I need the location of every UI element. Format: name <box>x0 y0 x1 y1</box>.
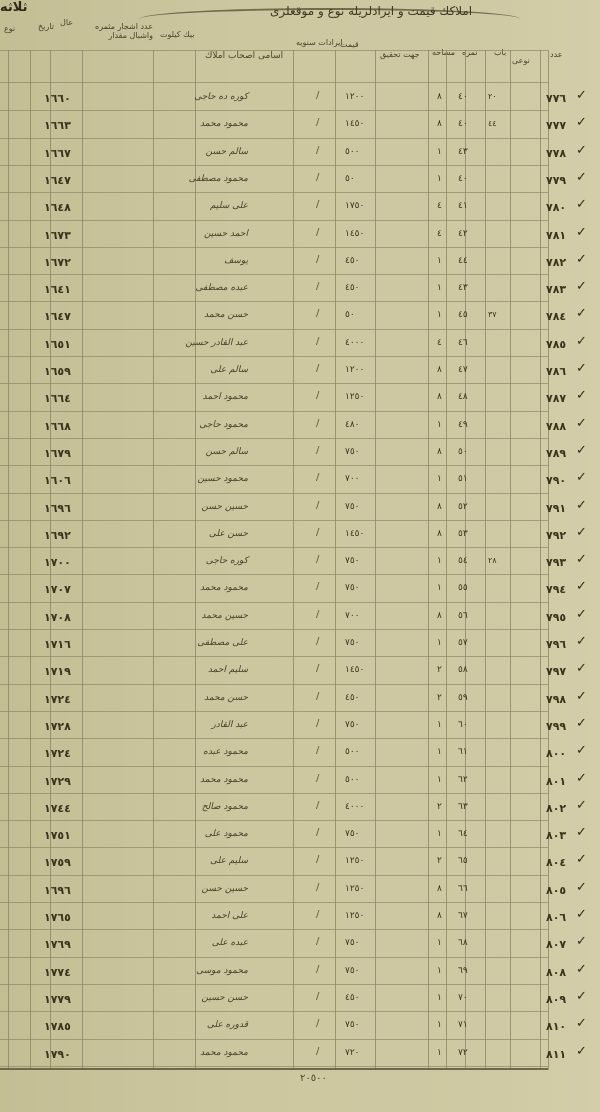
left-number: ١٧٦٩ <box>44 938 71 951</box>
row-number: ٧٩٠ <box>546 474 566 487</box>
table-row: ١٧٧٩حسن حسين٤٥٠١٧٠٨٠٩/✓ <box>0 985 600 1011</box>
amount-value: ٥٠٠ <box>345 775 360 785</box>
header-col-kind: نوعى <box>512 56 530 65</box>
table-row: ١٦٧٩سالم حسن٧٥٠٨٥٠٧٨٩/✓ <box>0 439 600 465</box>
row-number: ٧٨٣ <box>546 283 566 296</box>
amount-value: ٤٠٠٠ <box>345 802 364 812</box>
area-value: ١ <box>437 747 442 757</box>
left-number: ١٧٠٧ <box>44 583 71 596</box>
area-value: ١ <box>437 938 442 948</box>
owner-name: محمود صالح <box>202 802 248 812</box>
check-mark-icon: ✓ <box>576 934 587 949</box>
amount-value: ٤٥٠ <box>345 283 360 293</box>
parcel-number: ٥٨ <box>458 665 468 675</box>
tick-mark-icon: / <box>316 254 319 265</box>
grid-line <box>0 82 548 83</box>
left-number: ١٧٢٤ <box>44 693 71 706</box>
parcel-number: ٥٥ <box>458 583 468 593</box>
row-number: ٧٩١ <box>546 502 566 515</box>
table-row: ١٦٦٠کوره ده حاجى١٢٠٠٨٤٠٢٠٧٧٦/✓ <box>0 84 600 110</box>
check-mark-icon: ✓ <box>576 334 587 349</box>
owner-name: عبد القادر <box>211 720 248 730</box>
table-row: ١٦٤٨على سليم١٧٥٠٤٤١٧٨٠/✓ <box>0 193 600 219</box>
header-col-owners: اسامى اصحاب املاك <box>205 52 283 61</box>
area-value: ١ <box>437 420 442 430</box>
table-row: ١٧٥١محمود على٧٥٠١٦٤٨٠٣/✓ <box>0 821 600 847</box>
left-number: ١٦٦٤ <box>44 392 71 405</box>
row-number: ٧٩٥ <box>546 611 566 624</box>
left-number: ١٧٥١ <box>44 829 71 842</box>
tick-mark-icon: / <box>316 527 319 538</box>
check-mark-icon: ✓ <box>576 361 587 376</box>
area-value: ٨ <box>437 502 442 512</box>
tick-mark-icon: / <box>316 145 319 156</box>
area-value: ٨ <box>437 119 442 129</box>
row-number: ٧٨١ <box>546 229 566 242</box>
table-row: ١٧٦٩عبده على٧٥٠١٦٨٨٠٧/✓ <box>0 930 600 956</box>
table-row: ١٧٢٨عبد القادر٧٥٠١٦٠٧٩٩/✓ <box>0 712 600 738</box>
parcel-number: ٥٤ <box>458 556 468 566</box>
check-mark-icon: ✓ <box>576 798 587 813</box>
left-number: ١٦٦٨ <box>44 420 71 433</box>
row-number: ٧٨٧ <box>546 392 566 405</box>
row-number: ٧٩٣ <box>546 556 566 569</box>
header-col-count: عدد <box>550 50 563 59</box>
amount-value: ٥٠ <box>345 174 355 184</box>
area-value: ١ <box>437 283 442 293</box>
owner-name: محمود احمد <box>203 392 248 402</box>
bottom-rule <box>0 1068 548 1070</box>
parcel-number: ٤٨ <box>458 392 468 402</box>
amount-value: ١٤٥٠ <box>345 119 364 129</box>
check-mark-icon: ✓ <box>576 1016 587 1031</box>
check-mark-icon: ✓ <box>576 279 587 294</box>
amount-value: ٧٥٠ <box>345 583 360 593</box>
table-row: ١٦٦٨محمود حاجى٤٨٠١٤٩٧٨٨/✓ <box>0 412 600 438</box>
row-number: ٧٧٦ <box>546 92 566 105</box>
amount-value: ٧٠٠ <box>345 611 360 621</box>
left-number: ١٦٩٢ <box>44 529 71 542</box>
left-number: ١٦٦٧ <box>44 147 71 160</box>
table-row: ١٦٩٢حسن على١٤٥٠٨٥٣٧٩٢/✓ <box>0 521 600 547</box>
left-number: ١٦٩٦ <box>44 502 71 515</box>
note-value: ٢٠ <box>488 92 497 101</box>
row-number: ٧٨٨ <box>546 420 566 433</box>
table-row: ١٦٩٦حسين حسن١٢٥٠٨٦٦٨٠٥/✓ <box>0 876 600 902</box>
owner-name: محمود محمد <box>200 1048 248 1058</box>
parcel-number: ٤٦ <box>458 338 468 348</box>
amount-value: ٧٥٠ <box>345 447 360 457</box>
owner-name: محمود على <box>205 829 248 839</box>
area-value: ٨ <box>437 447 442 457</box>
parcel-number: ٥٠ <box>458 447 468 457</box>
owner-name: محمود محمد <box>200 775 248 785</box>
area-value: ٤ <box>437 201 442 211</box>
area-value: ١ <box>437 993 442 1003</box>
row-number: ٨٠٣ <box>546 829 566 842</box>
row-number: ٨١١ <box>546 1048 566 1061</box>
header-col-date: تاريخ <box>38 22 54 31</box>
table-row: ١٦٧٢يوسف٤٥٠١٤٤٧٨٢/✓ <box>0 248 600 274</box>
table-row: ١٦٩٦حسين حسن٧٥٠٨٥٢٧٩١/✓ <box>0 494 600 520</box>
header-col-kilot: بيك كيلوت <box>160 30 194 39</box>
left-number: ١٧٢٤ <box>44 747 71 760</box>
table-row: ١٦٤١عبده مصطفى٤٥٠١٤٣٧٨٣/✓ <box>0 275 600 301</box>
check-mark-icon: ✓ <box>576 552 587 567</box>
header-col-value: قيمت <box>340 40 359 49</box>
header-col-type: نوع <box>4 24 15 33</box>
amount-value: ١٤٥٠ <box>345 529 364 539</box>
left-number: ١٦٦٠ <box>44 92 71 105</box>
amount-value: ٧٠٠ <box>345 474 360 484</box>
table-row: ١٦٥١عبد القادر حسين٤٠٠٠٤٤٦٧٨٥/✓ <box>0 330 600 356</box>
area-value: ١ <box>437 638 442 648</box>
tick-mark-icon: / <box>316 854 319 865</box>
parcel-number: ٦١ <box>458 747 468 757</box>
parcel-number: ٦٦ <box>458 884 468 894</box>
amount-value: ١٢٥٠ <box>345 392 364 402</box>
tick-mark-icon: / <box>316 472 319 483</box>
tick-mark-icon: / <box>316 199 319 210</box>
area-value: ١ <box>437 310 442 320</box>
row-number: ٨٠٧ <box>546 938 566 951</box>
left-number: ١٧٠٠ <box>44 556 71 569</box>
tick-mark-icon: / <box>316 827 319 838</box>
owner-name: يوسف <box>224 256 248 266</box>
row-number: ٨٠٨ <box>546 966 566 979</box>
row-number: ٨٠٥ <box>546 884 566 897</box>
amount-value: ١٢٥٠ <box>345 911 364 921</box>
tick-mark-icon: / <box>316 117 319 128</box>
check-mark-icon: ✓ <box>576 825 587 840</box>
amount-value: ١٤٥٠ <box>345 229 364 239</box>
owner-name: على احمد <box>211 911 248 921</box>
parcel-number: ٤٣ <box>458 147 468 157</box>
left-number: ١٦٩٦ <box>44 884 71 897</box>
area-value: ١ <box>437 256 442 266</box>
owner-name: قدوره على <box>207 1020 248 1030</box>
parcel-number: ٤٠ <box>458 174 468 184</box>
left-number: ١٦٠٦ <box>44 474 71 487</box>
parcel-number: ٦٠ <box>458 720 468 730</box>
parcel-number: ٦٢ <box>458 775 468 785</box>
amount-value: ٧٥٠ <box>345 502 360 512</box>
row-number: ٨٠٦ <box>546 911 566 924</box>
tick-mark-icon: / <box>316 636 319 647</box>
tick-mark-icon: / <box>316 418 319 429</box>
area-value: ١ <box>437 474 442 484</box>
left-number: ١٦٤٨ <box>44 201 71 214</box>
note-value: ٢٨ <box>488 556 497 565</box>
owner-name: حسن حسين <box>202 993 248 1003</box>
area-value: ٨ <box>437 611 442 621</box>
owner-name: عبد القادر حسين <box>185 338 248 348</box>
check-mark-icon: ✓ <box>576 525 587 540</box>
row-number: ٧٨٤ <box>546 310 566 323</box>
amount-value: ١٧٥٠ <box>345 201 364 211</box>
area-value: ٨ <box>437 92 442 102</box>
ledger-page: ثلاثه املاکك قيمت و ايرادلريله نوع و موق… <box>0 0 600 1112</box>
tick-mark-icon: / <box>316 1018 319 1029</box>
owner-name: محمود موسى <box>196 966 248 976</box>
left-number: ١٧٥٩ <box>44 856 71 869</box>
check-mark-icon: ✓ <box>576 115 587 130</box>
amount-value: ٧٥٠ <box>345 1020 360 1030</box>
header-col-aal: عال <box>60 18 73 27</box>
row-number: ٧٨٠ <box>546 201 566 214</box>
row-number: ٨٠١ <box>546 775 566 788</box>
area-value: ٢ <box>437 693 442 703</box>
owner-name: حسين حسن <box>202 502 248 512</box>
left-number: ١٧٤٤ <box>44 802 71 815</box>
parcel-number: ٧٢ <box>458 1048 468 1058</box>
left-number: ١٦٧٣ <box>44 229 71 242</box>
note-value: ٤٤ <box>488 119 497 128</box>
table-row: ١٧٤٤محمود صالح٤٠٠٠٢٦٣٨٠٢/✓ <box>0 794 600 820</box>
parcel-number: ٥٧ <box>458 638 468 648</box>
amount-value: ١٢٥٠ <box>345 884 364 894</box>
owner-name: کوره ده حاجى <box>194 92 248 102</box>
row-number: ٧٨٩ <box>546 447 566 460</box>
owner-name: احمد حسين <box>204 229 248 239</box>
table-row: ١٦٦٧سالم حسن٥٠٠١٤٣٧٧٨/✓ <box>0 139 600 165</box>
table-row: ١٧٢٩محمود محمد٥٠٠١٦٢٨٠١/✓ <box>0 767 600 793</box>
grid-line <box>0 1066 548 1067</box>
row-number: ٧٩٤ <box>546 583 566 596</box>
left-number: ١٧٦٥ <box>44 911 71 924</box>
table-row: ١٧٠٨حسين محمد٧٠٠٨٥٦٧٩٥/✓ <box>0 603 600 629</box>
check-mark-icon: ✓ <box>576 388 587 403</box>
owner-name: حسين محمد <box>201 611 248 621</box>
check-mark-icon: ✓ <box>576 989 587 1004</box>
area-value: ٨ <box>437 392 442 402</box>
area-value: ١ <box>437 583 442 593</box>
parcel-number: ٤٠ <box>458 119 468 129</box>
parcel-number: ٦٧ <box>458 911 468 921</box>
table-row: ١٧٠٠کوره حاجى٧٥٠١٥٤٢٨٧٩٣/✓ <box>0 548 600 574</box>
owner-name: محمود حاجى <box>199 420 248 430</box>
tick-mark-icon: / <box>316 1046 319 1057</box>
check-mark-icon: ✓ <box>576 197 587 212</box>
tick-mark-icon: / <box>316 964 319 975</box>
owner-name: عبده على <box>212 938 248 948</box>
parcel-number: ٤٩ <box>458 420 468 430</box>
left-number: ١٧١٩ <box>44 665 71 678</box>
row-number: ٧٧٧ <box>546 119 566 132</box>
parcel-number: ٤٢ <box>458 229 468 239</box>
check-mark-icon: ✓ <box>576 579 587 594</box>
amount-value: ٤٨٠ <box>345 420 360 430</box>
table-row: ١٧٧٤محمود موسى٧٥٠١٦٩٨٠٨/✓ <box>0 958 600 984</box>
table-row: ١٦٦٤محمود احمد١٢٥٠٨٤٨٧٨٧/✓ <box>0 384 600 410</box>
check-mark-icon: ✓ <box>576 416 587 431</box>
check-mark-icon: ✓ <box>576 607 587 622</box>
parcel-number: ٤٧ <box>458 365 468 375</box>
check-mark-icon: ✓ <box>576 498 587 513</box>
area-value: ١ <box>437 1048 442 1058</box>
table-row: ١٧١٩سليم احمد١٤٥٠٢٥٨٧٩٧/✓ <box>0 657 600 683</box>
parcel-number: ٦٨ <box>458 938 468 948</box>
row-number: ٧٩٢ <box>546 529 566 542</box>
owner-name: على سليم <box>210 201 248 211</box>
row-number: ٧٨٥ <box>546 338 566 351</box>
amount-value: ١٤٥٠ <box>345 665 364 675</box>
left-number: ١٦٥١ <box>44 338 71 351</box>
area-value: ١ <box>437 829 442 839</box>
check-mark-icon: ✓ <box>576 470 587 485</box>
parcel-number: ٤٤ <box>458 256 468 266</box>
row-number: ٧٧٩ <box>546 174 566 187</box>
owner-name: محمود عبده <box>203 747 248 757</box>
row-number: ٧٩٦ <box>546 638 566 651</box>
parcel-number: ٤٠ <box>458 92 468 102</box>
grid-line <box>0 50 548 51</box>
check-mark-icon: ✓ <box>576 962 587 977</box>
owner-name: محمود محمد <box>200 119 248 129</box>
tick-mark-icon: / <box>316 172 319 183</box>
amount-value: ٧٥٠ <box>345 938 360 948</box>
table-row: ١٧٠٧محمود محمد٧٥٠١٥٥٧٩٤/✓ <box>0 575 600 601</box>
left-number: ١٧٢٩ <box>44 775 71 788</box>
owner-name: محمود مصطفى <box>189 174 248 184</box>
row-number: ٧٨٦ <box>546 365 566 378</box>
amount-value: ٤٥٠ <box>345 256 360 266</box>
tick-mark-icon: / <box>316 445 319 456</box>
tick-mark-icon: / <box>316 90 319 101</box>
table-row: ١٧٩٠محمود محمد٧٢٠١٧٢٨١١/✓ <box>0 1040 600 1066</box>
area-value: ٤ <box>437 229 442 239</box>
tick-mark-icon: / <box>316 227 319 238</box>
left-number: ١٦٤١ <box>44 283 71 296</box>
tick-mark-icon: / <box>316 554 319 565</box>
table-row: ١٦٥٩سالم على١٢٠٠٨٤٧٧٨٦/✓ <box>0 357 600 383</box>
row-number: ٨٠٤ <box>546 856 566 869</box>
tick-mark-icon: / <box>316 936 319 947</box>
check-mark-icon: ✓ <box>576 143 587 158</box>
area-value: ٢ <box>437 856 442 866</box>
parcel-number: ٤٥ <box>458 310 468 320</box>
tick-mark-icon: / <box>316 718 319 729</box>
check-mark-icon: ✓ <box>576 743 587 758</box>
left-number: ١٧٨٥ <box>44 1020 71 1033</box>
check-mark-icon: ✓ <box>576 225 587 240</box>
header-top-left: ثلاثه <box>0 0 28 15</box>
amount-value: ٧٢٠ <box>345 1048 360 1058</box>
amount-value: ٥٠ <box>345 310 355 320</box>
row-number: ٧٩٨ <box>546 693 566 706</box>
parcel-number: ٧٠ <box>458 993 468 1003</box>
parcel-number: ٥٦ <box>458 611 468 621</box>
tick-mark-icon: / <box>316 991 319 1002</box>
tick-mark-icon: / <box>316 308 319 319</box>
header-col-trees: عدد اشجار مثمره واشبال مقدار <box>88 22 153 40</box>
table-row: ١٧٨٥قدوره على٧٥٠١٧١٨١٠/✓ <box>0 1012 600 1038</box>
header-title: املاکك قيمت و ايرادلريله نوع و موقعلرى <box>270 4 472 18</box>
owner-name: کوره حاجى <box>206 556 248 566</box>
row-number: ٧٩٧ <box>546 665 566 678</box>
check-mark-icon: ✓ <box>576 252 587 267</box>
area-value: ٨ <box>437 365 442 375</box>
left-number: ١٧٢٨ <box>44 720 71 733</box>
tick-mark-icon: / <box>316 581 319 592</box>
row-number: ٧٨٢ <box>546 256 566 269</box>
table-row: ١٧٦٥على احمد١٢٥٠٨٦٧٨٠٦/✓ <box>0 903 600 929</box>
parcel-number: ٥٩ <box>458 693 468 703</box>
left-number: ١٦٧٩ <box>44 447 71 460</box>
area-value: ٨ <box>437 529 442 539</box>
check-mark-icon: ✓ <box>576 880 587 895</box>
tick-mark-icon: / <box>316 691 319 702</box>
check-mark-icon: ✓ <box>576 661 587 676</box>
owner-name: حسن محمد <box>204 310 248 320</box>
owner-name: حسن محمد <box>204 693 248 703</box>
left-number: ١٦٥٩ <box>44 365 71 378</box>
check-mark-icon: ✓ <box>576 1044 587 1059</box>
check-mark-icon: ✓ <box>576 852 587 867</box>
parcel-number: ٤٣ <box>458 283 468 293</box>
table-row: ١٦٤٧حسن محمد٥٠١٤٥٣٧٧٨٤/✓ <box>0 302 600 328</box>
amount-value: ٤٠٠٠ <box>345 338 364 348</box>
row-number: ٨٠٩ <box>546 993 566 1006</box>
table-row: ١٧٢٤حسن محمد٤٥٠٢٥٩٧٩٨/✓ <box>0 685 600 711</box>
check-mark-icon: ✓ <box>576 634 587 649</box>
amount-value: ٥٠٠ <box>345 147 360 157</box>
left-number: ١٦٤٧ <box>44 174 71 187</box>
page-total: ٢٠٥٠٠ <box>300 1073 327 1084</box>
left-number: ١٧٧٤ <box>44 966 71 979</box>
table-row: ١٧٢٤محمود عبده٥٠٠١٦١٨٠٠/✓ <box>0 739 600 765</box>
area-value: ١ <box>437 775 442 785</box>
parcel-number: ٥٣ <box>458 529 468 539</box>
amount-value: ١٢٥٠ <box>345 856 364 866</box>
row-number: ٧٧٨ <box>546 147 566 160</box>
check-mark-icon: ✓ <box>576 443 587 458</box>
area-value: ٤ <box>437 338 442 348</box>
amount-value: ٧٥٠ <box>345 556 360 566</box>
area-value: ٢ <box>437 802 442 812</box>
row-number: ٨٠٠ <box>546 747 566 760</box>
left-number: ١٧٠٨ <box>44 611 71 624</box>
table-row: ١٦٧٣احمد حسين١٤٥٠٤٤٢٧٨١/✓ <box>0 221 600 247</box>
left-number: ١٧٩٠ <box>44 1048 71 1061</box>
parcel-number: ٦٣ <box>458 802 468 812</box>
tick-mark-icon: / <box>316 663 319 674</box>
amount-value: ٧٥٠ <box>345 720 360 730</box>
parcel-number: ٦٩ <box>458 966 468 976</box>
table-row: ١٧١٦على مصطفى٧٥٠١٥٧٧٩٦/✓ <box>0 630 600 656</box>
left-number: ١٦٤٧ <box>44 310 71 323</box>
table-row: ١٧٥٩سليم على١٢٥٠٢٦٥٨٠٤/✓ <box>0 848 600 874</box>
tick-mark-icon: / <box>316 500 319 511</box>
note-value: ٣٧ <box>488 310 497 319</box>
amount-value: ٧٥٠ <box>345 829 360 839</box>
owner-name: سالم حسن <box>206 147 248 157</box>
owner-name: على مصطفى <box>197 638 248 648</box>
area-value: ٨ <box>437 911 442 921</box>
area-value: ١ <box>437 147 442 157</box>
amount-value: ١٢٠٠ <box>345 92 364 102</box>
owner-name: سليم احمد <box>208 665 248 675</box>
amount-value: ٥٠٠ <box>345 747 360 757</box>
owner-name: سالم حسن <box>206 447 248 457</box>
tick-mark-icon: / <box>316 882 319 893</box>
tick-mark-icon: / <box>316 390 319 401</box>
tick-mark-icon: / <box>316 609 319 620</box>
parcel-number: ٤١ <box>458 201 468 211</box>
row-number: ٧٩٩ <box>546 720 566 733</box>
amount-value: ٤٥٠ <box>345 993 360 1003</box>
owner-name: سليم على <box>210 856 248 866</box>
